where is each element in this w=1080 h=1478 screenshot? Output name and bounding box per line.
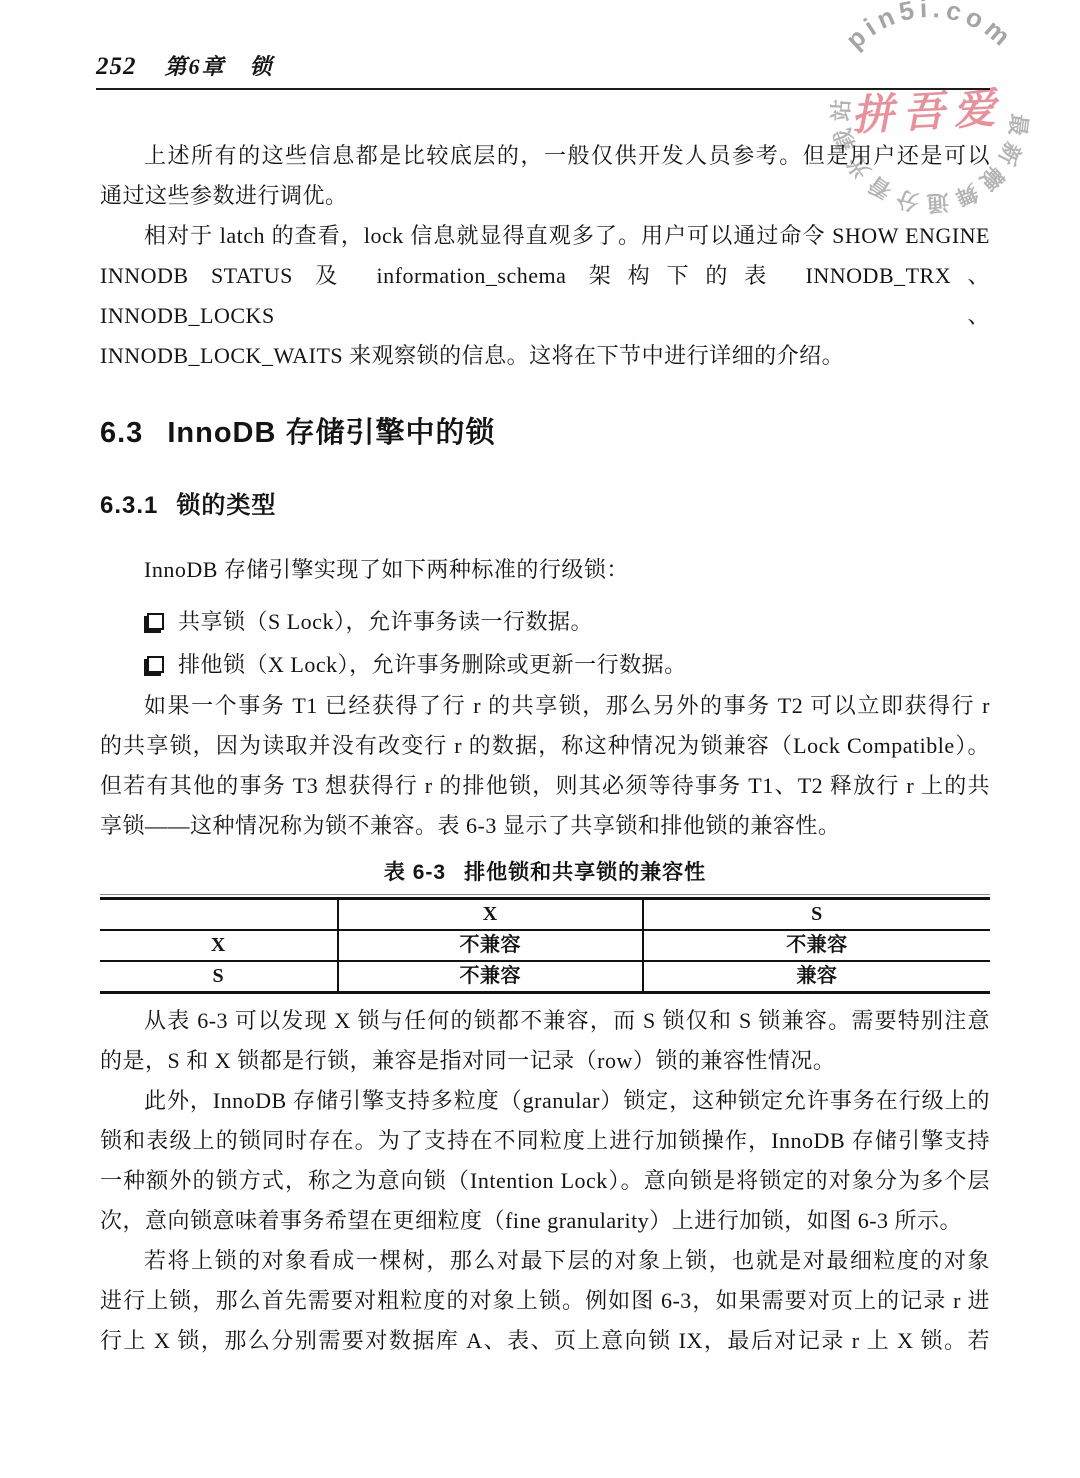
list-item: 排他锁（X Lock），允许事务删除或更新一行数据。 — [144, 643, 990, 686]
text-line: 但若有其他的事务 T3 想获得行 r 的排他锁，则其必须等待事务 T1、T2 释… — [100, 766, 990, 806]
table-frame: X S X 不兼容 不兼容 S 不兼容 兼容 — [100, 894, 990, 994]
watermark-ring-char: 新 — [994, 138, 1026, 169]
text-line: 的共享锁，因为读取并没有改变行 r 的数据，称这种情况为锁兼容（Lock Com… — [100, 726, 990, 766]
text-line: InnoDB 存储引擎实现了如下两种标准的行级锁： — [100, 550, 990, 590]
text-line: 一种额外的锁方式，称之为意向锁（Intention Lock）。意向锁是将锁定的… — [100, 1161, 990, 1201]
subsection-title: 锁的类型 — [176, 492, 276, 519]
text-line: INNODB STATUS 及 information_schema 架构下的表… — [100, 256, 990, 336]
table-header-cell: X — [338, 899, 643, 931]
page-number: 252 — [96, 53, 137, 81]
row-label: X — [100, 930, 338, 961]
table-cell: 不兼容 — [338, 961, 643, 993]
square-bullet-icon — [147, 613, 164, 630]
section-heading: 6.3InnoDB 存储引擎中的锁 — [100, 410, 990, 456]
table-cell: 不兼容 — [643, 930, 990, 961]
chapter-title: 第6章 锁 — [165, 50, 274, 81]
square-bullet-icon — [147, 656, 164, 673]
watermark-arc-text: pin5i.com — [840, 0, 1020, 55]
section-number: 6.3 — [100, 417, 143, 449]
table-caption-label: 表 6-3 — [384, 861, 446, 884]
table-row: S 不兼容 兼容 — [100, 961, 990, 993]
section-title: InnoDB 存储引擎中的锁 — [167, 417, 495, 449]
watermark-ring-char: 站 — [828, 99, 854, 122]
table-row: X 不兼容 不兼容 — [100, 930, 990, 961]
subsection-heading: 6.3.1锁的类型 — [100, 486, 990, 526]
table-caption-text: 排他锁和共享锁的兼容性 — [464, 861, 706, 884]
text-line: 相对于 latch 的查看，lock 信息就显得直观多了。用户可以通过命令 SH… — [100, 216, 990, 256]
table-header-cell — [100, 899, 338, 931]
bullet-list: 共享锁（S Lock），允许事务读一行数据。 排他锁（X Lock），允许事务删… — [100, 600, 990, 686]
bullet-text: 排他锁（X Lock），允许事务删除或更新一行数据。 — [178, 643, 687, 686]
text-line: 此外，InnoDB 存储引擎支持多粒度（granular）锁定，这种锁定允许事务… — [100, 1081, 990, 1121]
table-caption: 表 6-3排他锁和共享锁的兼容性 — [100, 858, 990, 888]
text-line: INNODB_LOCK_WAITS 来观察锁的信息。这将在下节中进行详细的介绍。 — [100, 336, 990, 376]
table-cell: 不兼容 — [338, 930, 643, 961]
row-label: S — [100, 961, 338, 993]
text-line: 行上 X 锁，那么分别需要对数据库 A、表、页上意向锁 IX，最后对记录 r 上… — [100, 1321, 990, 1361]
text-line: 锁和表级上的锁同时存在。为了支持在不同粒度上进行加锁操作，InnoDB 存储引擎… — [100, 1121, 990, 1161]
text-line: 享锁——这种情况称为锁不兼容。表 6-3 显示了共享锁和排他锁的兼容性。 — [100, 806, 990, 846]
text-line: 若将上锁的对象看成一棵树，那么对最下层的对象上锁，也就是对最细粒度的对象 — [100, 1241, 990, 1281]
table-header-row: X S — [100, 899, 990, 931]
text-line: 次，意向锁意味着事务希望在更细粒度（fine granularity）上进行加锁… — [100, 1201, 990, 1241]
lock-compatibility-table: X S X 不兼容 不兼容 S 不兼容 兼容 — [100, 897, 990, 994]
text-line: 上述所有的这些信息都是比较底层的，一般仅供开发人员参考。但是用户还是可以 — [100, 136, 990, 176]
text-line: 如果一个事务 T1 已经获得了行 r 的共享锁，那么另外的事务 T2 可以立即获… — [100, 686, 990, 726]
text-line: 通过这些参数进行调优。 — [100, 176, 990, 216]
page-body: 上述所有的这些信息都是比较底层的，一般仅供开发人员参考。但是用户还是可以 通过这… — [100, 136, 990, 1361]
compatibility-table-block: 表 6-3排他锁和共享锁的兼容性 X S X 不兼容 不兼容 S — [100, 858, 990, 994]
table-cell: 兼容 — [643, 961, 990, 993]
table-header-cell: S — [643, 899, 990, 931]
watermark-ring-char: 最 — [1005, 112, 1032, 137]
text-line: 的是，S 和 X 锁都是行锁，兼容是指对同一记录（row）锁的兼容性情况。 — [100, 1041, 990, 1081]
watermark-center-text: 拼吾爱 — [850, 85, 1005, 140]
subsection-number: 6.3.1 — [100, 492, 158, 519]
list-item: 共享锁（S Lock），允许事务读一行数据。 — [144, 600, 990, 643]
bullet-text: 共享锁（S Lock），允许事务读一行数据。 — [178, 600, 593, 643]
text-line: 进行上锁，那么首先需要对粗粒度的对象上锁。例如图 6-3，如果需要对页上的记录 … — [100, 1281, 990, 1321]
page-header: 252 第6章 锁 — [96, 50, 990, 90]
text-line: 从表 6-3 可以发现 X 锁与任何的锁都不兼容，而 S 锁仅和 S 锁兼容。需… — [100, 1001, 990, 1041]
